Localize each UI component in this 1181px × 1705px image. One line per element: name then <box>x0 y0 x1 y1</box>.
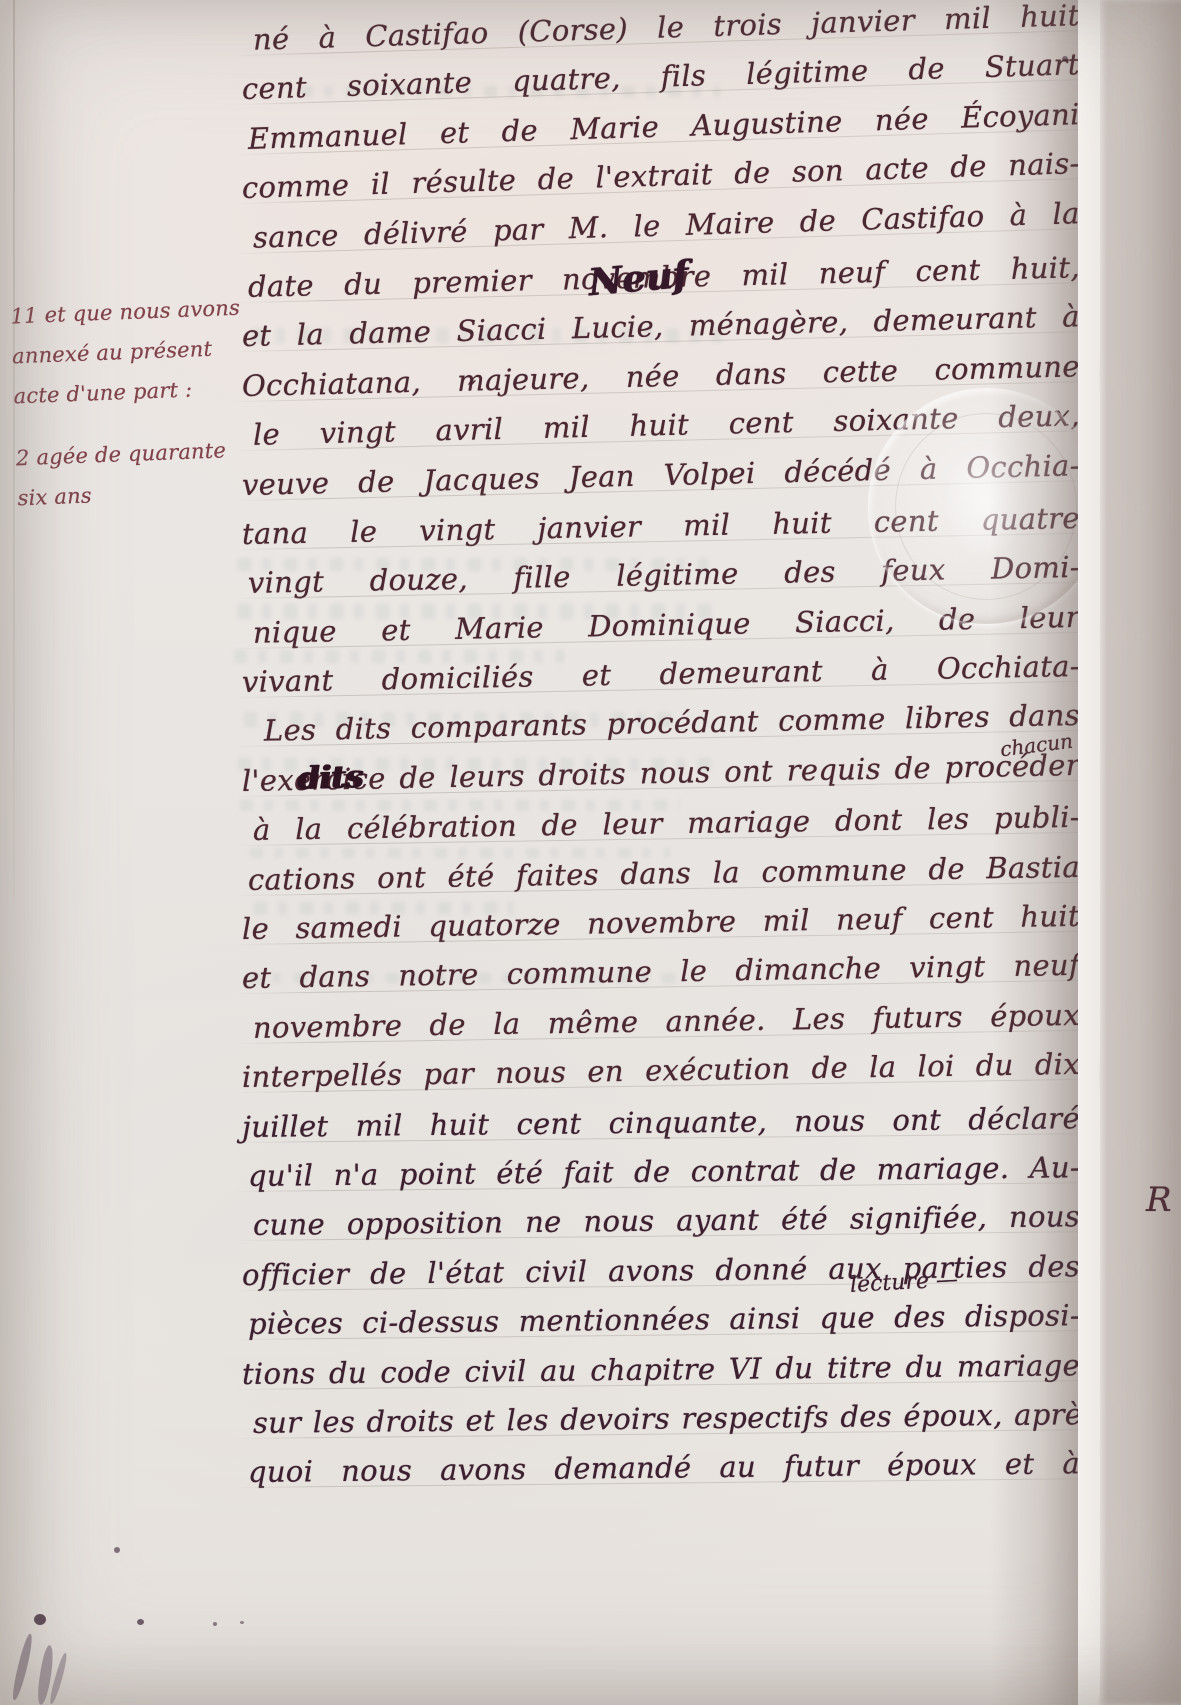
insertion-caret: ″ <box>468 378 476 403</box>
margin-note-line: six ans <box>17 470 246 519</box>
manuscript-line: tions du code civil au chapitre VI du ti… <box>242 1341 1080 1399</box>
ink-fleck <box>213 1622 217 1626</box>
facing-page-strip <box>1100 0 1181 1705</box>
ink-fleck <box>34 1614 46 1625</box>
overwritten-word-dits: dits <box>297 759 363 797</box>
ink-fleck <box>137 1619 144 1625</box>
ink-fleck <box>240 1621 244 1624</box>
manuscript-line: juillet mil huit cent cinquante, nous on… <box>242 1094 1080 1152</box>
ink-smudge <box>35 1645 55 1705</box>
stray-letter-mark: R <box>1146 1180 1172 1220</box>
margin-note-line: acte d'une part : <box>13 368 242 417</box>
page-crease <box>13 0 15 900</box>
ink-smudge <box>10 1633 35 1701</box>
manuscript-line: quoi nous avons demandé au futur époux e… <box>242 1440 1080 1498</box>
margin-note: 11 et que nous avons annexé au présent a… <box>10 288 246 519</box>
registry-page: 11 et que nous avons annexé au présent a… <box>0 0 1181 1705</box>
manuscript-line: pièces ci-dessus mentionnées ainsi que d… <box>242 1291 1080 1349</box>
ink-smudge <box>48 1652 69 1705</box>
manuscript-line: cune opposition ne nous ayant été signif… <box>242 1193 1080 1251</box>
overwritten-word-neuf: Neuf <box>586 252 690 305</box>
ink-fleck <box>114 1547 120 1553</box>
